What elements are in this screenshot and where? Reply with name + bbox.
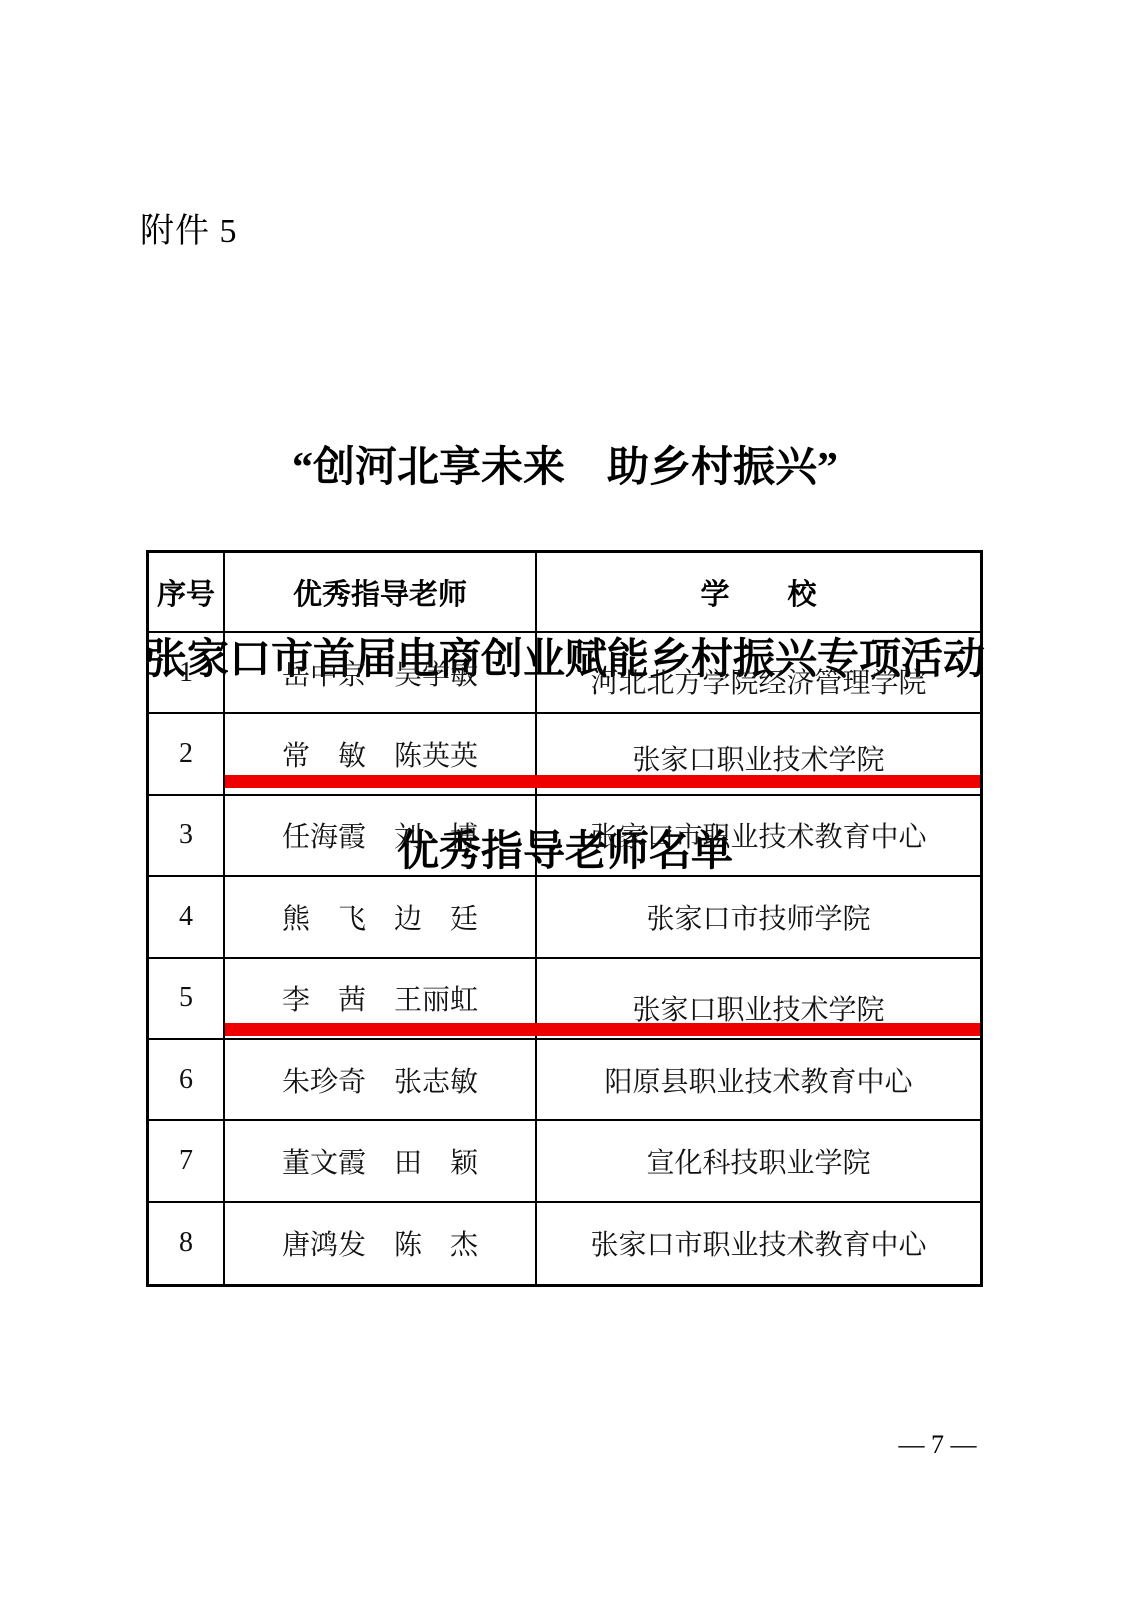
row-index: 2 [179,738,193,770]
row-school: 河北北方学院经济管理学院 [590,661,926,701]
table-row-3-school: 张家口市职业技术教育中心 [537,796,980,877]
table-row-8-index: 8 [149,1203,225,1284]
table-row-4-index: 4 [149,877,225,958]
row-teachers: 常 敏 陈英英 [282,734,478,774]
header-cell-teachers: 优秀指导老师 [225,553,537,633]
table-row-6-index: 6 [149,1040,225,1121]
row-index: 6 [179,1064,193,1096]
row-index: 3 [179,819,193,851]
highlight-underline-row-2 [225,775,980,788]
row-index: 1 [179,657,193,689]
row-teachers: 董文霞 田 颖 [282,1141,478,1181]
table-row-2-index: 2 [149,714,225,795]
row-school: 张家口市技师学院 [646,897,870,937]
row-index: 5 [179,982,193,1014]
row-index: 7 [179,1145,193,1177]
table-row-7-teachers: 董文霞 田 颖 [225,1121,537,1202]
header-cell-index: 序号 [149,553,225,633]
row-teachers: 朱珍奇 张志敏 [282,1060,478,1100]
table-row-6-school: 阳原县职业技术教育中心 [537,1040,980,1121]
table-row-1-index: 1 [149,633,225,714]
page-number: — 7 — [880,1430,995,1460]
table-row-7-index: 7 [149,1121,225,1202]
advisors-table: 序号 优秀指导老师 学 校 1 岳中京 吴学敏 河北北方学院经济管理学院 2 常… [146,550,983,1287]
row-school: 宣化科技职业学院 [646,1141,870,1181]
row-teachers: 岳中京 吴学敏 [282,653,478,693]
table-row-6-teachers: 朱珍奇 张志敏 [225,1040,537,1121]
row-school: 张家口职业技术学院 [632,738,884,778]
row-school: 阳原县职业技术教育中心 [604,1060,912,1100]
row-index: 4 [179,901,193,933]
table-row-3-index: 3 [149,796,225,877]
table-row-1-school: 河北北方学院经济管理学院 [537,633,980,714]
attachment-label: 附件 5 [140,203,238,252]
row-teachers: 唐鸿发 陈 杰 [282,1223,478,1263]
table-row-8-school: 张家口市职业技术教育中心 [537,1203,980,1284]
highlight-underline-row-5 [225,1023,980,1036]
row-school: 张家口市职业技术教育中心 [590,1223,926,1263]
table-row-3-teachers: 任海霞 刘 博 [225,796,537,877]
table-row-1-teachers: 岳中京 吴学敏 [225,633,537,714]
row-teachers: 任海霞 刘 博 [282,815,478,855]
row-index: 8 [179,1227,193,1259]
row-teachers: 李 茜 王丽虹 [282,978,478,1018]
header-cell-school: 学 校 [537,553,980,633]
table-row-7-school: 宣化科技职业学院 [537,1121,980,1202]
table-row-8-teachers: 唐鸿发 陈 杰 [225,1203,537,1284]
document-page: 附件 5 “创河北享未来 助乡村振兴” 张家口市首届电商创业赋能乡村振兴专项活动… [0,0,1130,1600]
title-line-1: “创河北享未来 助乡村振兴” [0,436,1130,500]
row-school: 张家口市职业技术教育中心 [590,815,926,855]
row-teachers: 熊 飞 边 廷 [282,897,478,937]
table-row-4-teachers: 熊 飞 边 廷 [225,877,537,958]
table-row-5-index: 5 [149,959,225,1040]
table-row-4-school: 张家口市技师学院 [537,877,980,958]
